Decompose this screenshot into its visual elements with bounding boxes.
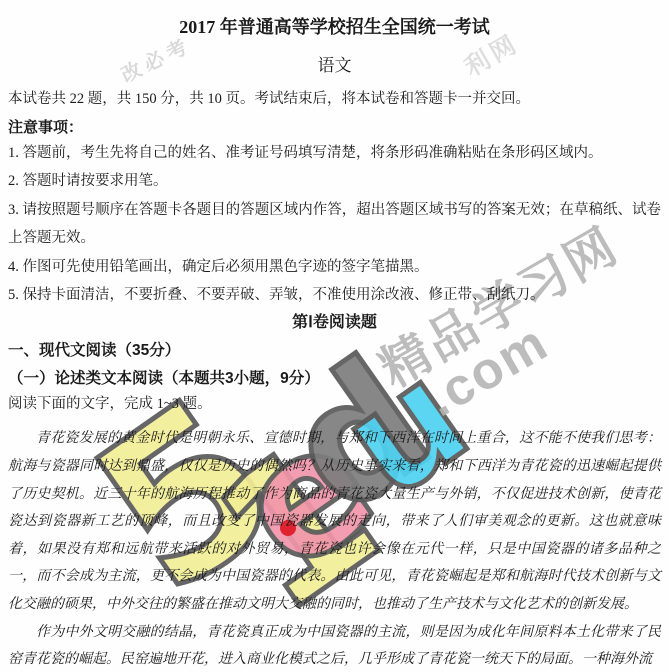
passage-paragraph: 青花瓷发展的黄金时代是明朝永乐、宣德时期，与郑和下西洋在时间上重合，这不能不使我…	[8, 425, 661, 618]
notice-heading: 注意事项：	[8, 117, 661, 139]
exam-paper-page: 改必考 利网 5 1 e d u 精品学习网 .com 2017 年普通高等学校…	[0, 0, 669, 672]
subpart-heading: （一）论述类文本阅读（本题共3小题，9分）	[8, 368, 661, 390]
exam-content: 2017 年普通高等学校招生全国统一考试 语文 本试卷共 22 题，共 150 …	[0, 0, 669, 672]
notice-item: 4. 作图可先使用铅笔画出，确定后必须用黑色字迹的签字笔描黑。	[8, 253, 661, 281]
passage-paragraph: 作为中外文明交融的结晶，青花瓷真正成为中国瓷器的主流，则是因为成化年间原料本土化…	[8, 619, 661, 672]
passage-instruction: 阅读下面的文字，完成 1~3 题。	[8, 393, 661, 415]
notice-item: 2. 答题时请按要求用笔。	[8, 167, 661, 195]
section-heading: 第Ⅰ卷阅读题	[8, 311, 661, 335]
exam-subject: 语文	[8, 55, 661, 77]
notice-item: 3. 请按照题号顺序在答题卡各题目的答题区域内作答，超出答题区域书写的答案无效；…	[8, 196, 661, 253]
exam-title: 2017 年普通高等学校招生全国统一考试	[8, 14, 661, 40]
exam-intro-line: 本试卷共 22 题，共 150 分，共 10 页。考试结束后，将本试卷和答题卡一…	[8, 89, 661, 109]
notice-item: 1. 答题前，考生先将自己的姓名、准考证号码填写清楚，将条形码准确粘贴在条形码区…	[8, 139, 661, 167]
part-heading: 一、现代文阅读（35分）	[8, 340, 661, 362]
notice-item: 5. 保持卡面清洁，不要折叠、不要弄破、弄皱，不准使用涂改液、修正带、刮纸刀。	[8, 281, 661, 309]
